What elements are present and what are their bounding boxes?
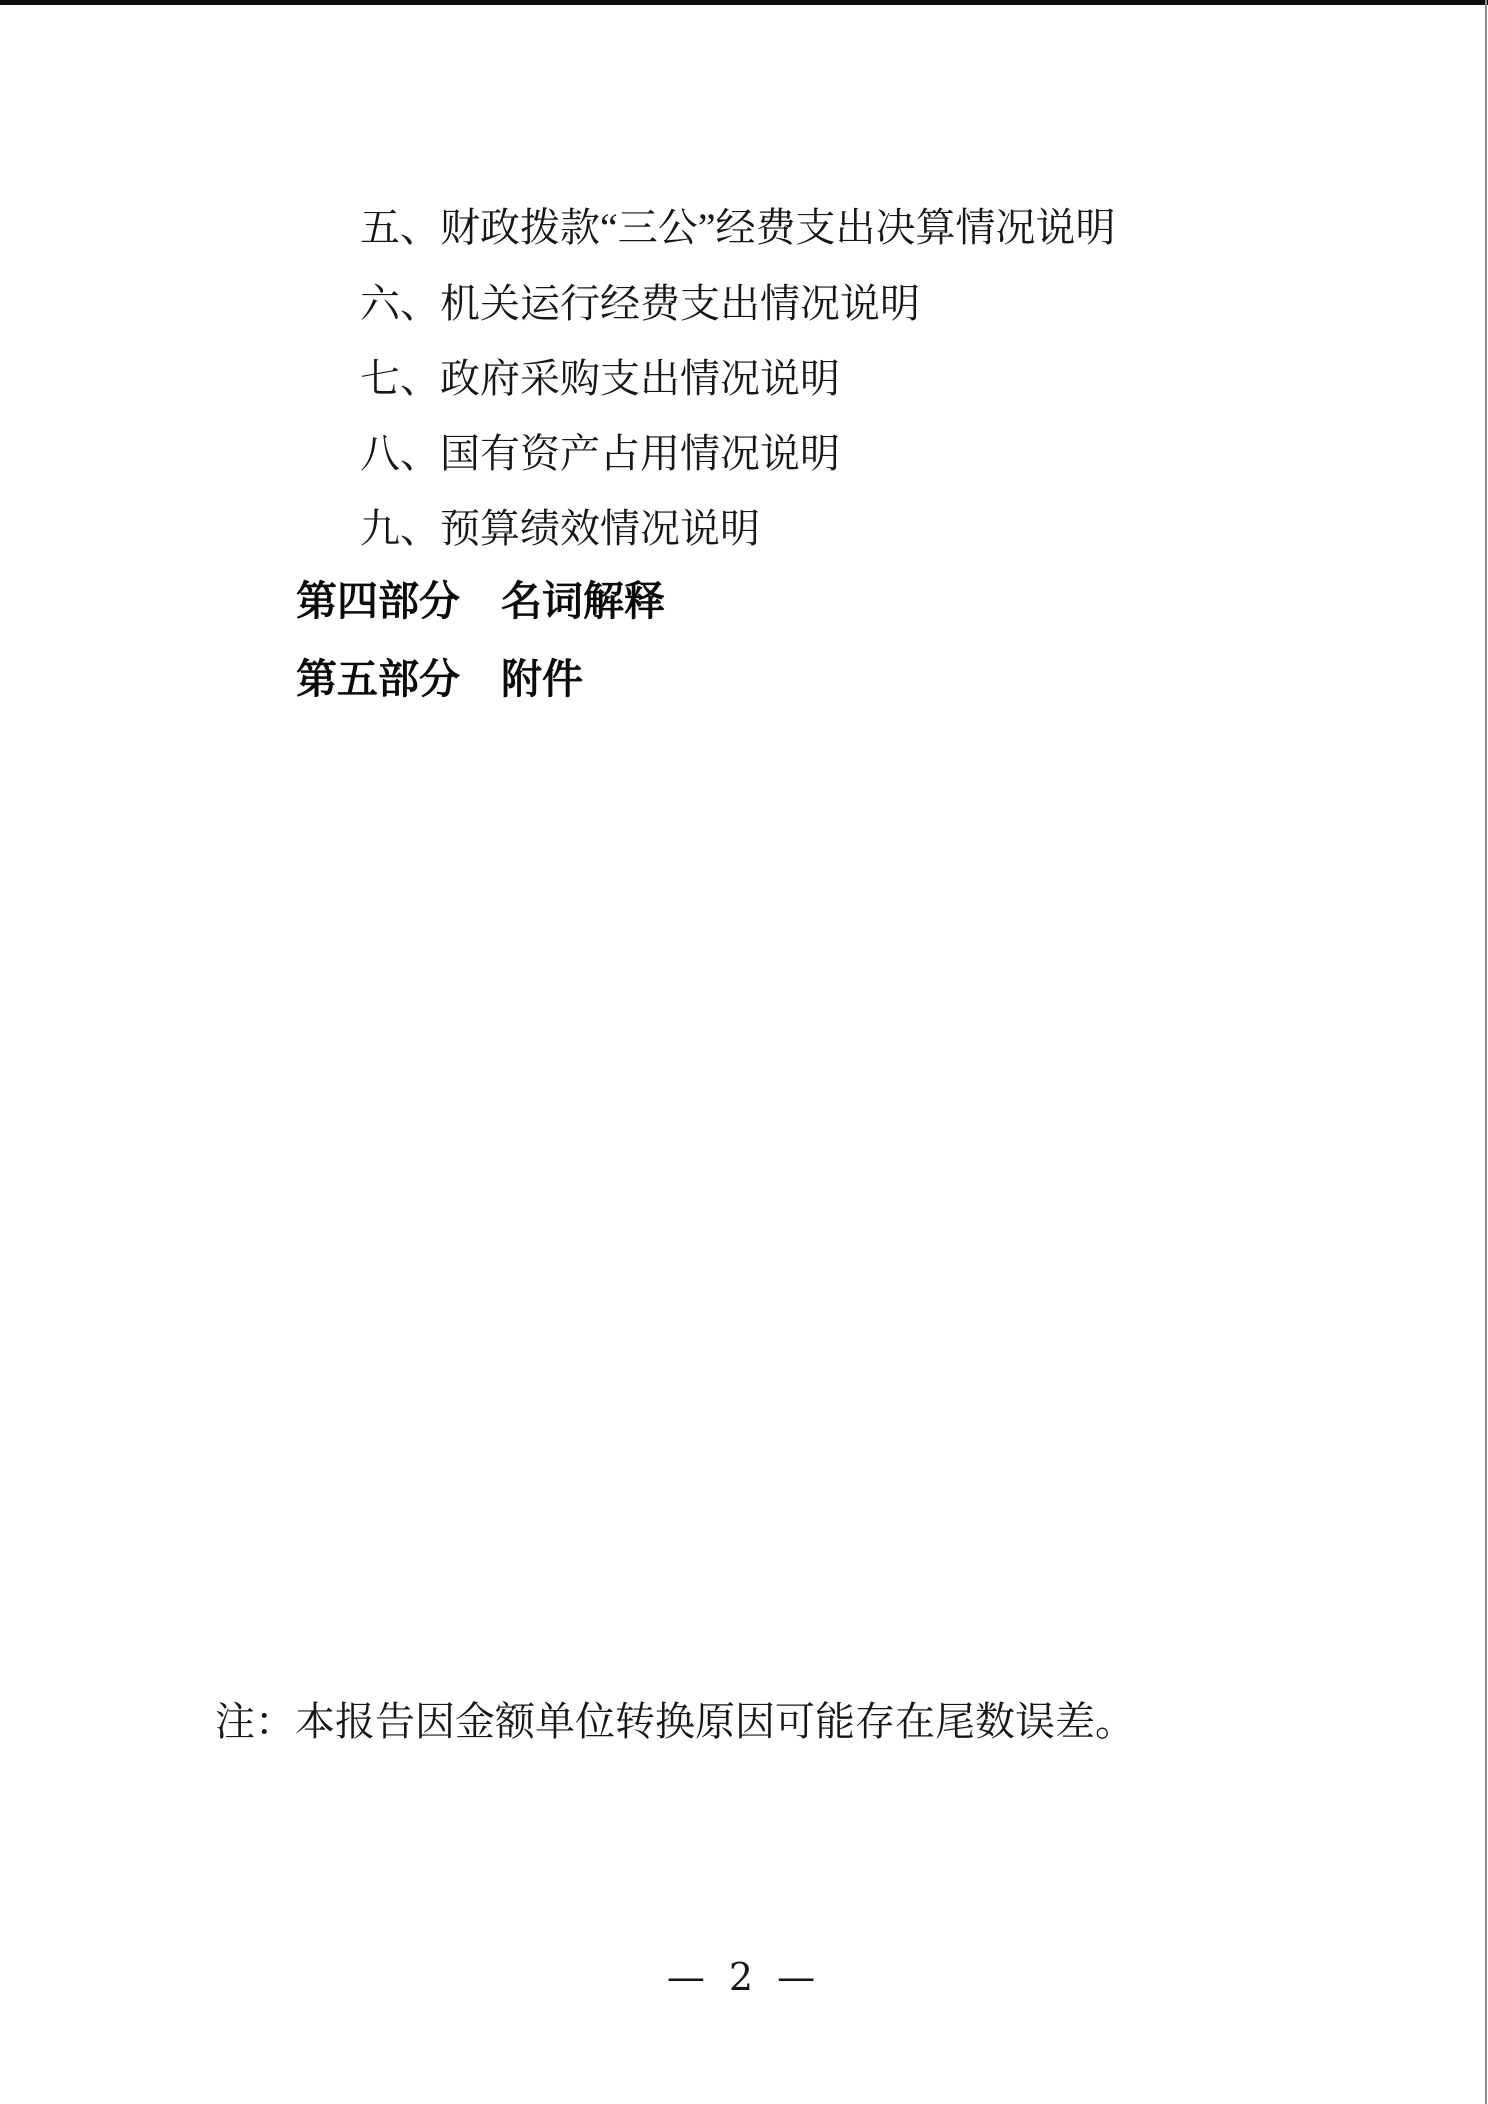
scan-right-edge-artifact [1485,0,1487,2104]
toc-item-8: 八、国有资产占用情况说明 [360,430,840,478]
section-heading-part4: 第四部分 名词解释 [296,576,665,626]
scan-top-edge-artifact [0,0,1488,5]
section-heading-part5: 第五部分 附件 [296,654,583,704]
footnote: 注：本报告因金额单位转换原因可能存在尾数误差。 [215,1698,1135,1746]
document-page: 五、财政拨款“三公”经费支出决算情况说明 六、机关运行经费支出情况说明 七、政府… [0,0,1488,2104]
toc-item-9: 九、预算绩效情况说明 [360,505,760,553]
toc-item-7: 七、政府采购支出情况说明 [360,355,840,403]
page-number: — 2 — [0,1955,1488,1999]
toc-item-6: 六、机关运行经费支出情况说明 [360,280,920,328]
toc-item-5: 五、财政拨款“三公”经费支出决算情况说明 [360,204,1116,252]
